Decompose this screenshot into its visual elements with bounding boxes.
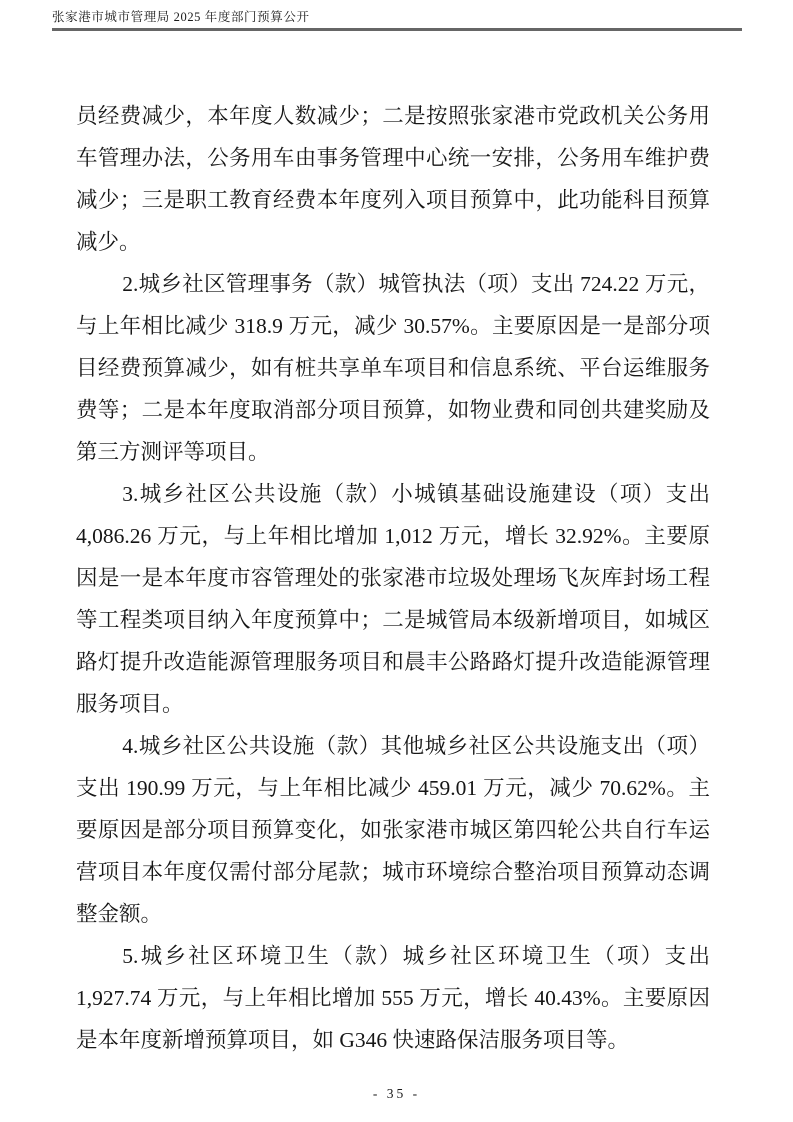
paragraph-item-4: 4.城乡社区公共设施（款）其他城乡社区公共设施支出（项）支出 190.99 万元… — [76, 725, 710, 935]
page-header: 张家港市城市管理局 2025 年度部门预算公开 — [52, 7, 742, 26]
document-body: 员经费减少，本年度人数减少；二是按照张家港市党政机关公务用车管理办法，公务用车由… — [76, 95, 710, 1061]
paragraph-item-5: 5.城乡社区环境卫生（款）城乡社区环境卫生（项）支出 1,927.74 万元，与… — [76, 935, 710, 1061]
page-footer: - 35 - — [0, 1085, 793, 1103]
page-number: - 35 - — [373, 1086, 420, 1101]
paragraph-item-3: 3.城乡社区公共设施（款）小城镇基础设施建设（项）支出 4,086.26 万元，… — [76, 473, 710, 725]
paragraph-continuation: 员经费减少，本年度人数减少；二是按照张家港市党政机关公务用车管理办法，公务用车由… — [76, 95, 710, 263]
header-divider — [52, 28, 742, 31]
paragraph-item-2: 2.城乡社区管理事务（款）城管执法（项）支出 724.22 万元，与上年相比减少… — [76, 263, 710, 473]
document-page: 张家港市城市管理局 2025 年度部门预算公开 员经费减少，本年度人数减少；二是… — [0, 0, 793, 1122]
header-title: 张家港市城市管理局 2025 年度部门预算公开 — [52, 10, 310, 24]
